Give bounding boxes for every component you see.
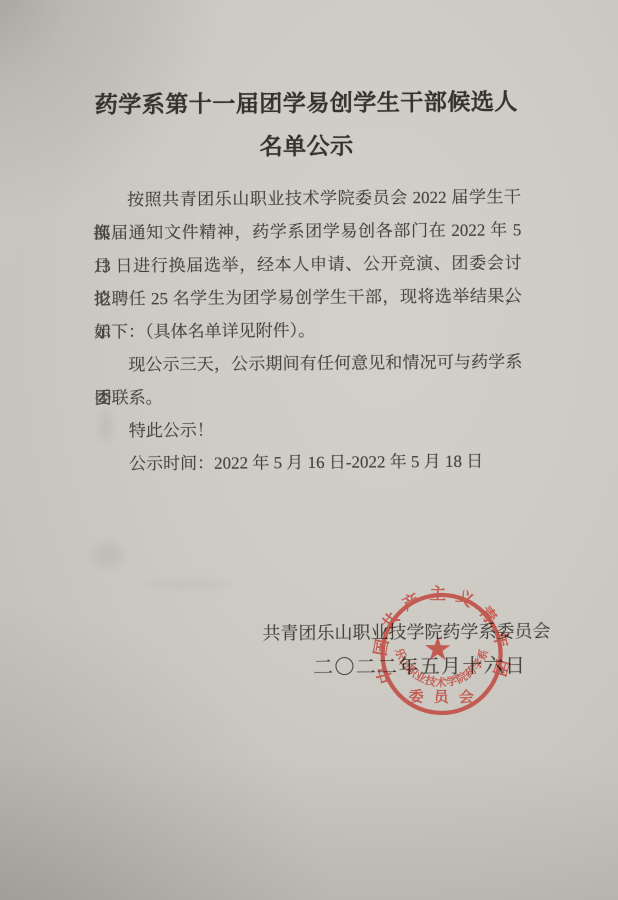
body-line: 特此公示！ [95,411,523,447]
document-title-line-2: 名单公示 [0,123,616,171]
body-line: 现公示三天，公示期间有任何意见和情况可与药学系团 [94,345,522,381]
document-page: 药学系第十一届团学易创学生干部候选人 名单公示 按照共青团乐山职业技术学院委员会… [0,0,618,900]
document-title: 药学系第十一届团学易创学生干部候选人 名单公示 [0,80,616,171]
official-seal-stamp: 中国共产主义青年团 ★ 乐山职业技术学院药学系 委员会 [371,583,512,724]
body-line: 公示时间：2022 年 5 月 16 日-2022 年 5 月 18 日 [95,444,523,480]
body-line: 按照共青团乐山职业技术学院委员会 2022 届学生干部 [93,180,521,216]
body-line: 如下：（具体名单详见附件）。 [94,312,522,348]
document-title-line-1: 药学系第十一届团学易创学生干部候选人 [0,80,615,128]
body-line: 13 日进行换届选举，经本人申请、公开竞演、团委会讨论， [93,246,521,282]
stamp-star-icon: ★ [423,632,453,668]
body-line: 拟聘任 25 名学生为团学易创学生干部，现将选举结果公示 [94,279,522,315]
body-line: 换届通知文件精神，药学系团学易创各部门在 2022 年 5 月 [93,213,521,249]
photo-background: 药学系第十一届团学易创学生干部候选人 名单公示 按照共青团乐山职业技术学院委员会… [0,0,618,900]
stamp-committee-text: 委员会 [409,688,484,707]
document-body: 按照共青团乐山职业技术学院委员会 2022 届学生干部 换届通知文件精神，药学系… [93,180,523,480]
body-line: 委联系。 [94,378,522,414]
